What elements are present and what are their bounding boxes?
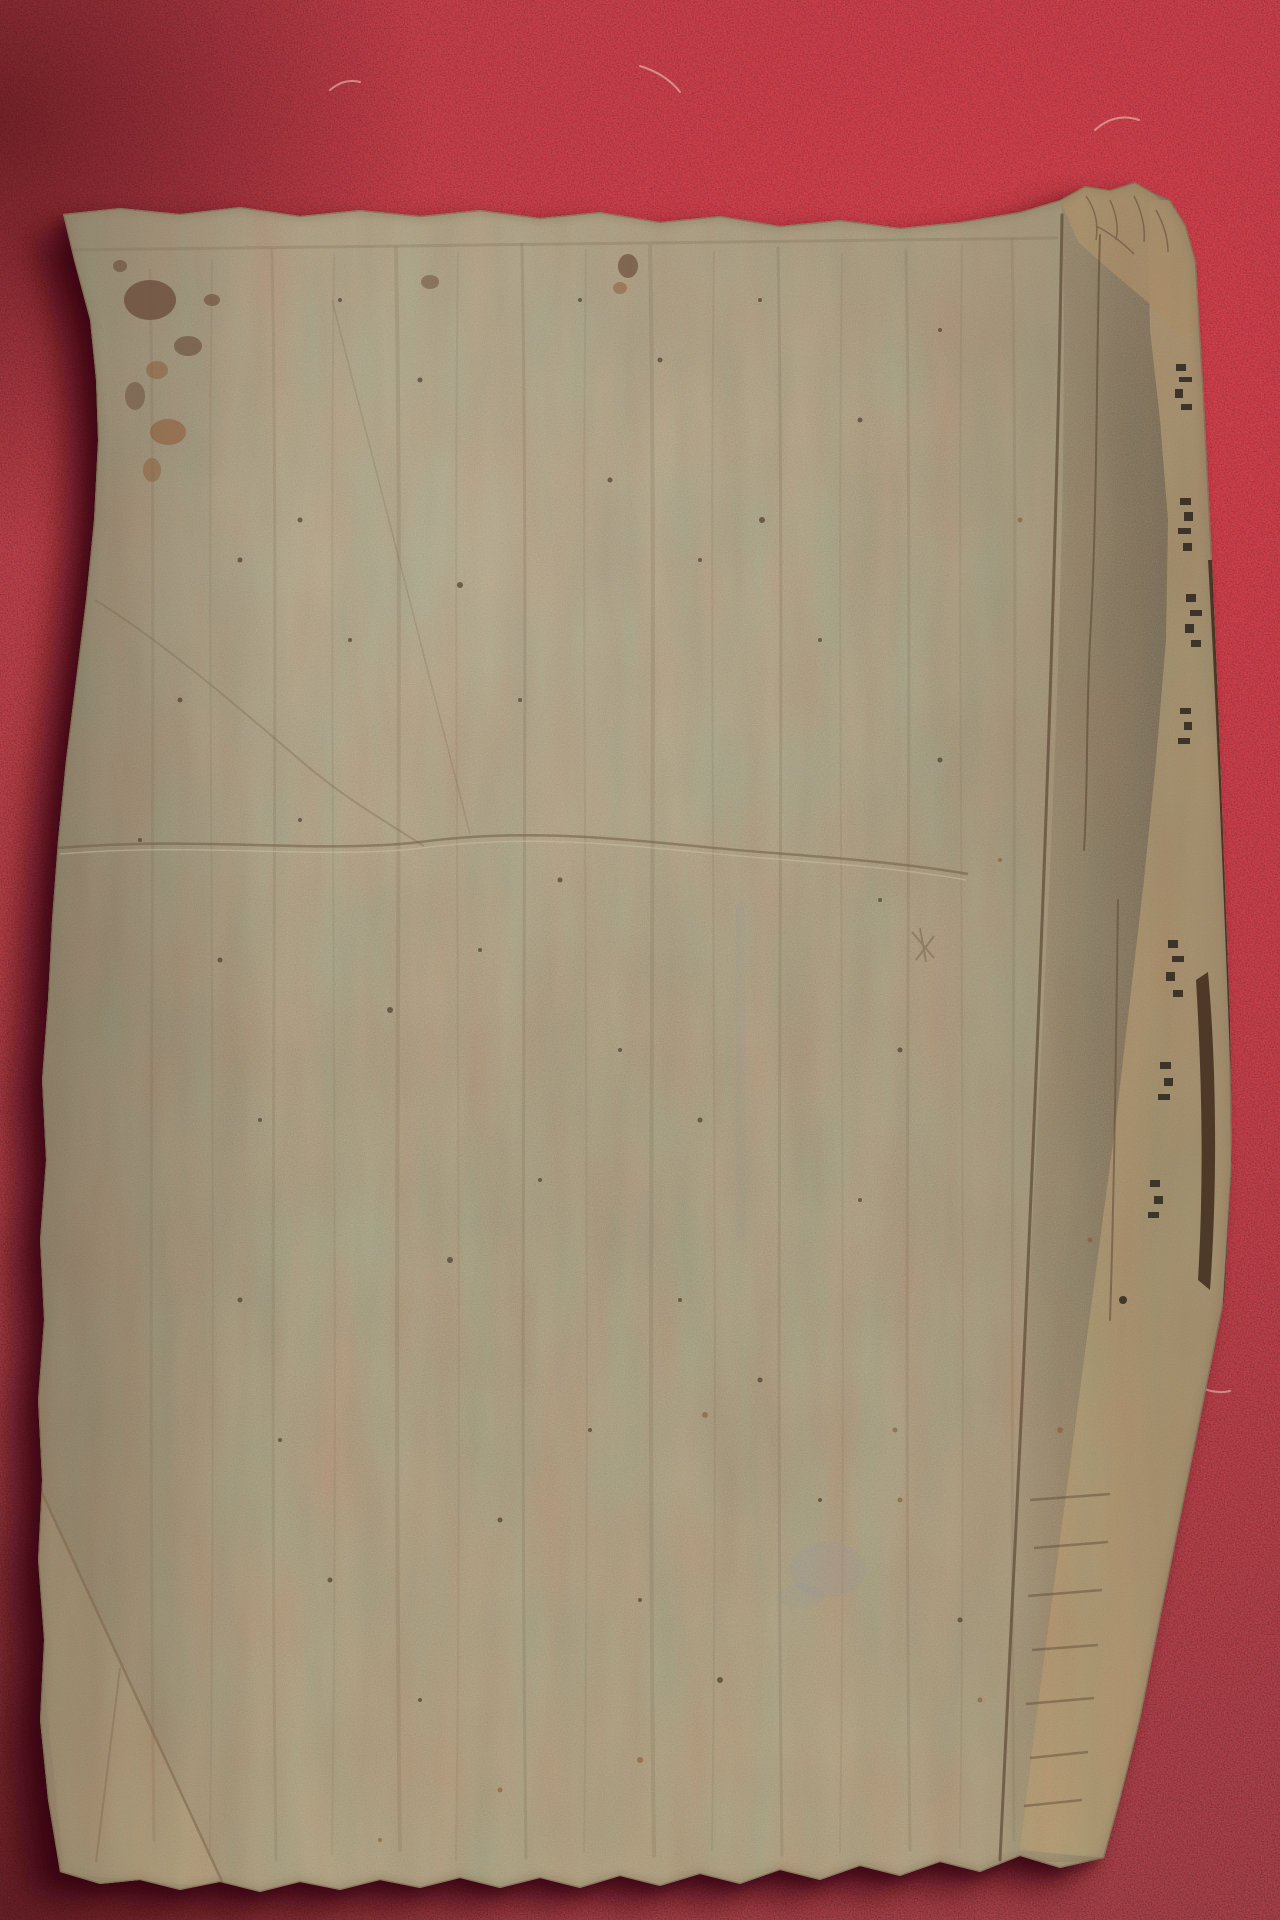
photo-antique-book-on-red-felt [0,0,1280,1920]
cover-sheen [0,180,1280,1920]
book-photo-canvas [0,0,1280,1920]
cover-details [0,180,1280,1920]
